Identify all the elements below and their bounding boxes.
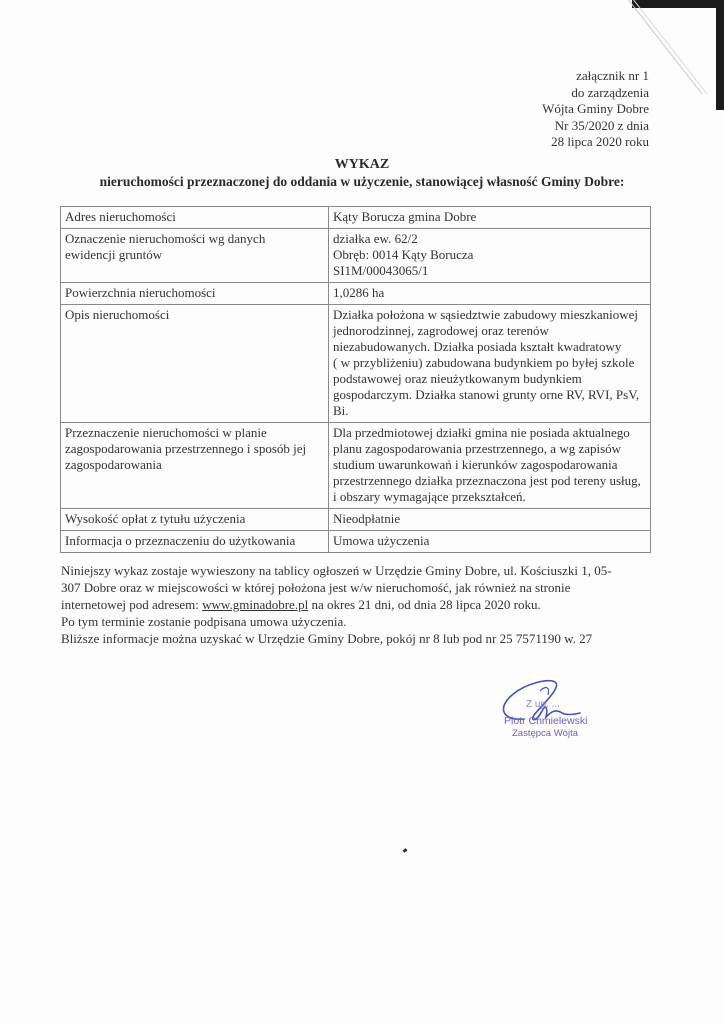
- document-subtitle: nieruchomości przeznaczonej do oddania w…: [0, 174, 724, 190]
- annex-line: załącznik nr 1: [542, 68, 649, 85]
- notice-paragraph: Niniejszy wykaz zostaje wywieszony na ta…: [61, 562, 661, 647]
- value-line: i obszary wymagające przekształceń.: [333, 489, 647, 505]
- annex-line: Wójta Gminy Dobre: [542, 101, 649, 118]
- value-line: Nieodpłatnie: [333, 511, 647, 527]
- row-label: Oznaczenie nieruchomości wg danychewiden…: [61, 229, 329, 283]
- row-value: Nieodpłatnie: [329, 509, 651, 531]
- row-label: Przeznaczenie nieruchomości w planiezago…: [61, 423, 329, 509]
- value-line: Działka położona w sąsiedztwie zabudowy …: [333, 307, 647, 323]
- notice-text: internetowej pod adresem:: [61, 597, 202, 612]
- table-row: Opis nieruchomościDziałka położona w sąs…: [61, 305, 651, 423]
- annex-note: załącznik nr 1 do zarządzenia Wójta Gmin…: [542, 68, 649, 151]
- annex-line: 28 lipca 2020 roku: [542, 134, 649, 151]
- row-label: Opis nieruchomości: [61, 305, 329, 423]
- scan-speck: [403, 848, 408, 853]
- property-table: Adres nieruchomościKąty Borucza gmina Do…: [60, 206, 651, 553]
- document-title: WYKAZ: [0, 157, 724, 173]
- row-value: Kąty Borucza gmina Dobre: [329, 207, 651, 229]
- notice-line: 307 Dobre oraz w miejscowości w której p…: [61, 579, 661, 596]
- label-line: Informacja o przeznaczeniu do użytkowani…: [65, 533, 325, 549]
- scan-edge-top: [632, 0, 724, 8]
- value-line: Dla przedmiotowej działki gmina nie posi…: [333, 425, 647, 441]
- signature-stamp: Z up. ... Piotr Chmielewski Zastępca Wój…: [490, 675, 610, 745]
- row-value: działka ew. 62/2Obręb: 0014 Kąty Borucza…: [329, 229, 651, 283]
- table-row: Informacja o przeznaczeniu do użytkowani…: [61, 531, 651, 553]
- value-line: działka ew. 62/2: [333, 231, 647, 247]
- label-line: Przeznaczenie nieruchomości w planie: [65, 425, 325, 441]
- value-line: niezabudowanych. Działka posiada kształt…: [333, 339, 647, 355]
- signatory-name: Piotr Chmielewski: [504, 715, 587, 727]
- row-value: 1,0286 ha: [329, 283, 651, 305]
- label-line: zagospodarowania: [65, 457, 325, 473]
- scan-edge-right: [716, 0, 724, 110]
- label-line: Adres nieruchomości: [65, 209, 325, 225]
- label-line: Wysokość opłat z tytułu użyczenia: [65, 511, 325, 527]
- value-line: przestrzennego działka przeznaczona jest…: [333, 473, 647, 489]
- label-line: zagospodarowania przestrzennego i sposób…: [65, 441, 325, 457]
- notice-line: Po tym terminie zostanie podpisana umowa…: [61, 613, 661, 630]
- value-line: Umowa użyczenia: [333, 533, 647, 549]
- table-row: Adres nieruchomościKąty Borucza gmina Do…: [61, 207, 651, 229]
- label-line: ewidencji gruntów: [65, 247, 325, 263]
- row-value: Dla przedmiotowej działki gmina nie posi…: [329, 423, 651, 509]
- table-row: Przeznaczenie nieruchomości w planiezago…: [61, 423, 651, 509]
- row-value: Umowa użyczenia: [329, 531, 651, 553]
- document-page: załącznik nr 1 do zarządzenia Wójta Gmin…: [0, 0, 724, 1024]
- value-line: jednorodzinnej, zagrodowej oraz terenów: [333, 323, 647, 339]
- table-row: Powierzchnia nieruchomości1,0286 ha: [61, 283, 651, 305]
- value-line: Bi.: [333, 403, 647, 419]
- website-link[interactable]: www.gminadobre.pl: [202, 597, 308, 612]
- signatory-role: Zastępca Wójta: [512, 728, 578, 739]
- value-line: studium uwarunkowań i kierunków zagospod…: [333, 457, 647, 473]
- value-line: gospodarczym. Działka stanowi grunty orn…: [333, 387, 647, 403]
- table-row: Oznaczenie nieruchomości wg danychewiden…: [61, 229, 651, 283]
- value-line: Obręb: 0014 Kąty Borucza: [333, 247, 647, 263]
- label-line: Opis nieruchomości: [65, 307, 325, 323]
- row-label: Powierzchnia nieruchomości: [61, 283, 329, 305]
- notice-line: internetowej pod adresem: www.gminadobre…: [61, 596, 661, 613]
- value-line: SI1M/00043065/1: [333, 263, 647, 279]
- row-label: Wysokość opłat z tytułu użyczenia: [61, 509, 329, 531]
- notice-line: Niniejszy wykaz zostaje wywieszony na ta…: [61, 562, 661, 579]
- value-line: planu zagospodarowania przestrzennego, a…: [333, 441, 647, 457]
- annex-line: Nr 35/2020 z dnia: [542, 118, 649, 135]
- value-line: 1,0286 ha: [333, 285, 647, 301]
- annex-line: do zarządzenia: [542, 85, 649, 102]
- stamp-authorization: Z up. ...: [526, 699, 560, 710]
- value-line: podstawowej oraz nieużytkowanym budynkie…: [333, 371, 647, 387]
- label-line: Oznaczenie nieruchomości wg danych: [65, 231, 325, 247]
- table-row: Wysokość opłat z tytułu użyczeniaNieodpł…: [61, 509, 651, 531]
- row-label: Informacja o przeznaczeniu do użytkowani…: [61, 531, 329, 553]
- value-line: Kąty Borucza gmina Dobre: [333, 209, 647, 225]
- notice-line: Bliższe informacje można uzyskać w Urzęd…: [61, 630, 661, 647]
- value-line: ( w przybliżeniu) zabudowana budynkiem p…: [333, 355, 647, 371]
- label-line: Powierzchnia nieruchomości: [65, 285, 325, 301]
- row-label: Adres nieruchomości: [61, 207, 329, 229]
- row-value: Działka położona w sąsiedztwie zabudowy …: [329, 305, 651, 423]
- notice-text: na okres 21 dni, od dnia 28 lipca 2020 r…: [308, 597, 541, 612]
